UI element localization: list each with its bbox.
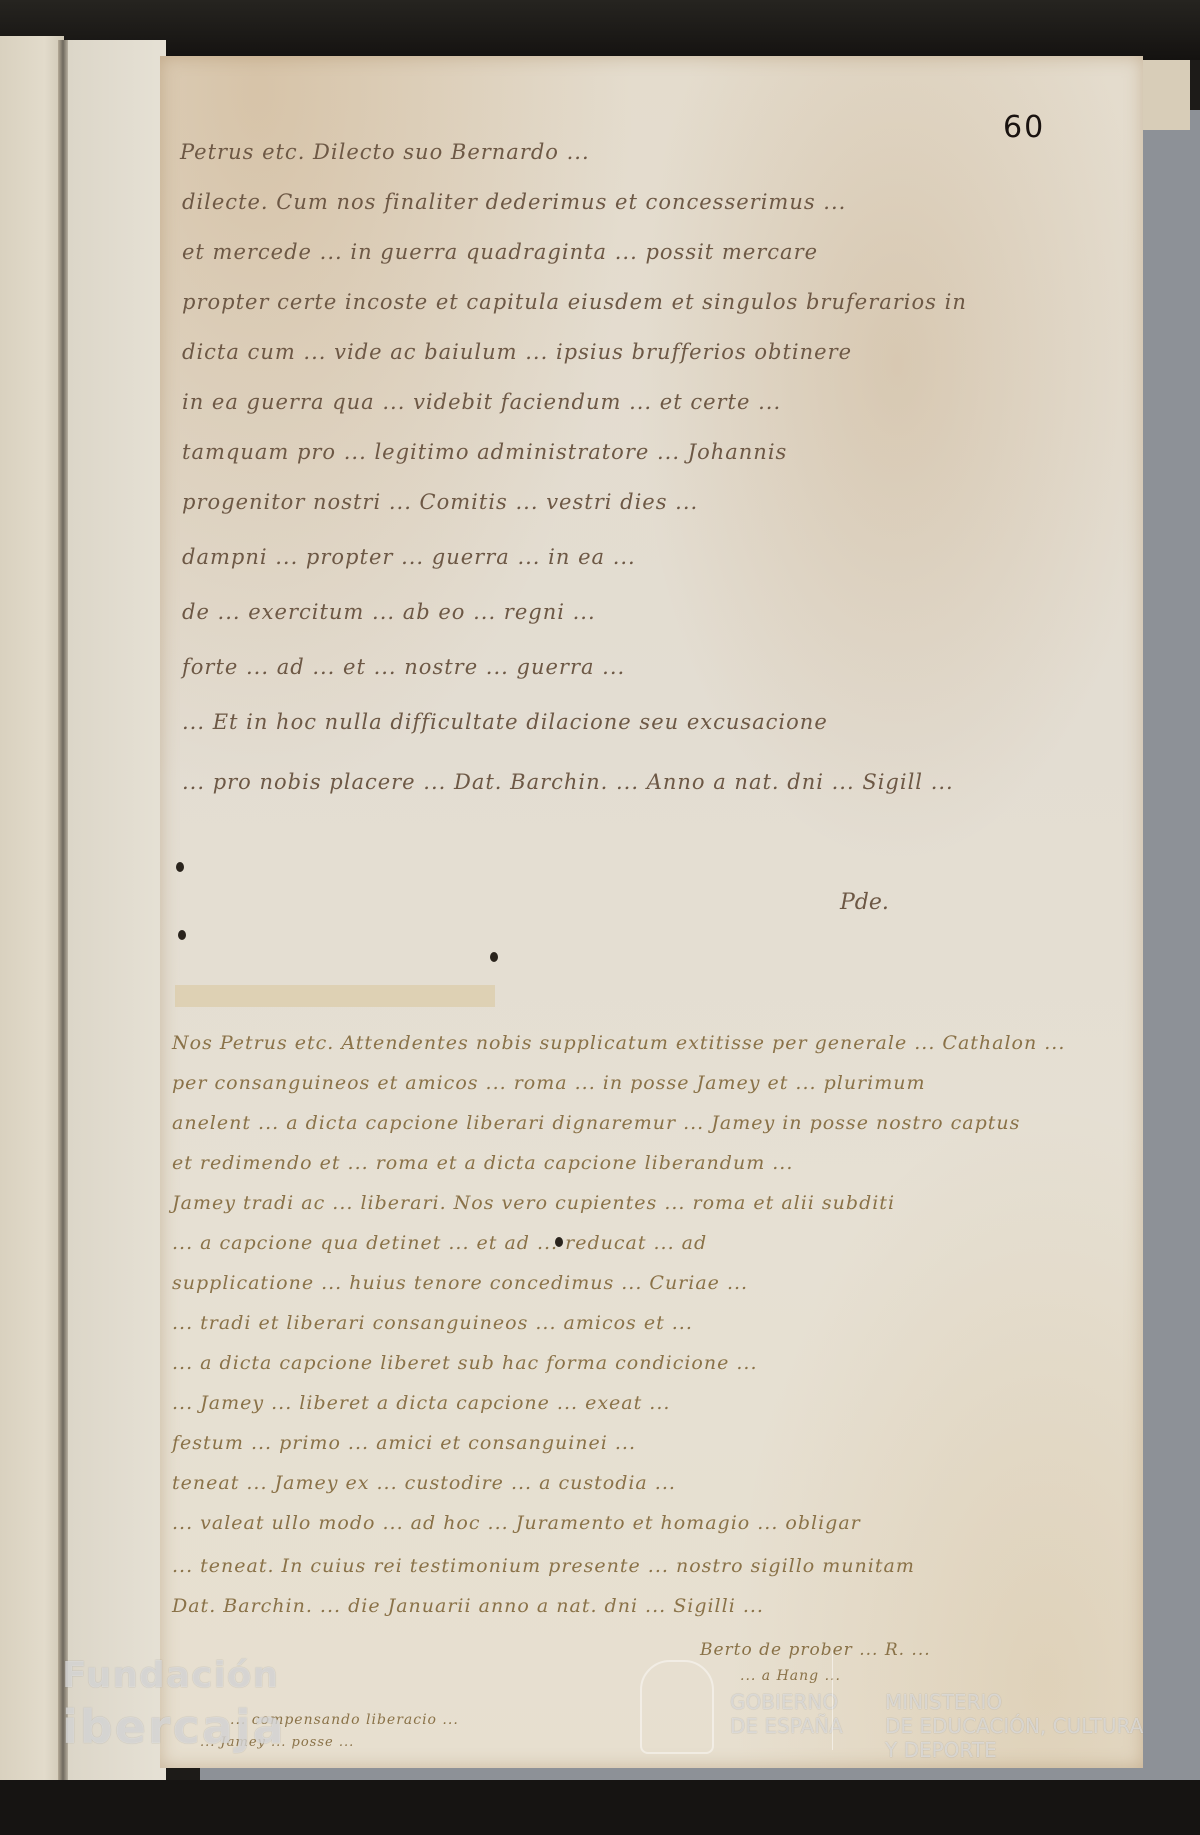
text-line: ... Jamey ... liberet a dicta capcione .… bbox=[172, 1392, 670, 1414]
watermark-ministerio: MINISTERIO DE EDUCACIÓN, CULTURA Y DEPOR… bbox=[885, 1690, 1143, 1762]
text-line: anelent ... a dicta capcione liberari di… bbox=[172, 1112, 1020, 1134]
ink-spot bbox=[176, 862, 184, 872]
text-line: forte ... ad ... et ... nostre ... guerr… bbox=[182, 655, 625, 679]
signature-line: ... a Hang ... bbox=[740, 1668, 841, 1684]
text-line: propter certe incoste et capitula eiusde… bbox=[182, 290, 967, 314]
facing-page-edge bbox=[0, 36, 64, 1781]
ministerio-line: DE EDUCACIÓN, CULTURA bbox=[885, 1714, 1143, 1738]
ministerio-line: MINISTERIO bbox=[885, 1690, 1143, 1714]
ministerio-line: Y DEPORTE bbox=[885, 1738, 1143, 1762]
text-line: ... pro nobis placere ... Dat. Barchin. … bbox=[182, 770, 954, 794]
text-line: dicta cum ... vide ac baiulum ... ipsius… bbox=[182, 340, 852, 364]
text-line: dampni ... propter ... guerra ... in ea … bbox=[182, 545, 636, 569]
text-line: et mercede ... in guerra quadraginta ...… bbox=[182, 240, 818, 264]
text-line: ... a dicta capcione liberet sub hac for… bbox=[172, 1352, 758, 1374]
text-line: supplicatione ... huius tenore concedimu… bbox=[172, 1272, 748, 1294]
ink-spot bbox=[490, 952, 498, 962]
signature-line: Berto de prober ... R. ... bbox=[700, 1640, 931, 1660]
guard-strip bbox=[68, 40, 166, 1780]
text-line: Petrus etc. Dilecto suo Bernardo ... bbox=[180, 140, 590, 164]
gobierno-line: DE ESPAÑA bbox=[730, 1714, 843, 1738]
text-line: dilecte. Cum nos finaliter dederimus et … bbox=[182, 190, 846, 214]
spain-coat-of-arms-icon bbox=[640, 1660, 714, 1754]
background-bottom bbox=[0, 1780, 1200, 1835]
closing-mark: Pde. bbox=[840, 890, 889, 915]
watermark-gobierno: GOBIERNO DE ESPAÑA bbox=[730, 1690, 843, 1738]
text-line: ... Et in hoc nulla difficultate dilacio… bbox=[182, 710, 828, 734]
text-line: per consanguineos et amicos ... roma ...… bbox=[172, 1072, 925, 1094]
watermark-separator bbox=[832, 1650, 833, 1750]
text-line: Jamey tradi ac ... liberari. Nos vero cu… bbox=[172, 1192, 895, 1214]
text-line: progenitor nostri ... Comitis ... vestri… bbox=[182, 490, 698, 514]
date-line: Dat. Barchin. ... die Januarii anno a na… bbox=[172, 1595, 764, 1617]
text-line: de ... exercitum ... ab eo ... regni ... bbox=[182, 600, 596, 624]
paper-tab bbox=[1140, 60, 1190, 130]
text-line: ... teneat. In cuius rei testimonium pre… bbox=[172, 1555, 915, 1577]
book-spine bbox=[58, 40, 68, 1780]
text-line: ... valeat ullo modo ... ad hoc ... Jura… bbox=[172, 1512, 861, 1534]
text-line: ... a capcione qua detinet ... et ad ...… bbox=[172, 1232, 707, 1254]
background-top bbox=[0, 0, 1200, 60]
paper-repair-strip bbox=[175, 985, 495, 1007]
text-line: tamquam pro ... legitimo administratore … bbox=[182, 440, 787, 464]
text-line: festum ... primo ... amici et consanguin… bbox=[172, 1432, 636, 1454]
folio-number: 60 bbox=[1003, 110, 1045, 145]
watermark-ibercaja: ibercaja bbox=[62, 1700, 286, 1754]
gobierno-line: GOBIERNO bbox=[730, 1690, 843, 1714]
text-line: ... tradi et liberari consanguineos ... … bbox=[172, 1312, 693, 1334]
watermark-fundacion: Fundación bbox=[62, 1655, 279, 1696]
text-line: teneat ... Jamey ex ... custodire ... a … bbox=[172, 1472, 676, 1494]
ink-spot bbox=[555, 1237, 563, 1247]
text-line: et redimendo et ... roma et a dicta capc… bbox=[172, 1152, 793, 1174]
text-line: in ea guerra qua ... videbit faciendum .… bbox=[182, 390, 781, 414]
ink-spot bbox=[178, 930, 186, 940]
text-line: Nos Petrus etc. Attendentes nobis suppli… bbox=[172, 1032, 1065, 1054]
